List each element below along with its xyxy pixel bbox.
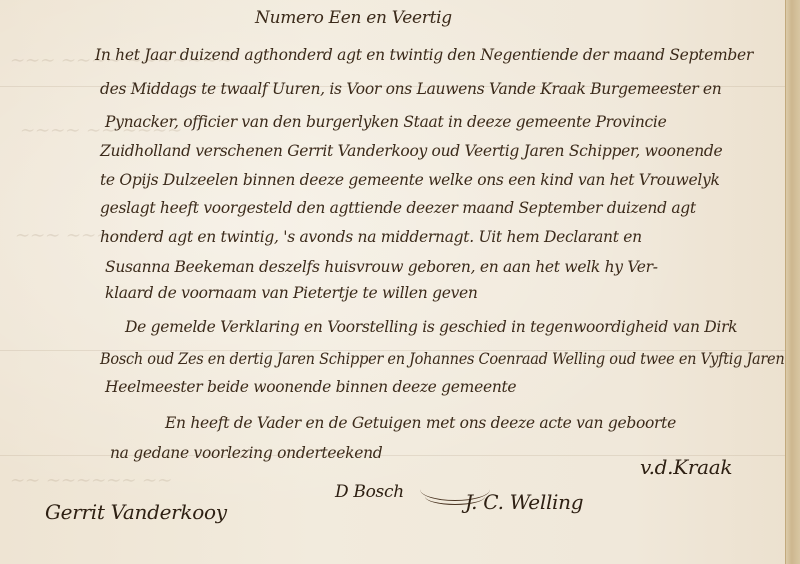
record-line: te Opijs Dulzeelen binnen deeze gemeente… bbox=[100, 171, 720, 189]
closing-line: En heeft de Vader en de Getuigen met ons… bbox=[165, 414, 676, 432]
signature-witness-welling: J. C. Welling bbox=[465, 490, 583, 514]
witness-line: De gemelde Verklaring en Voorstelling is… bbox=[125, 318, 737, 336]
closing-line: na gedane voorlezing onderteekend bbox=[110, 444, 382, 462]
manuscript-page: ~~~ ~~~~ ~~~~~~~ ~~~~ ~~ ~~~~ ~~~ ~~~~~ … bbox=[0, 0, 786, 564]
record-line: Pynacker, officier van den burgerlyken S… bbox=[105, 113, 666, 131]
signature-official: v.d.Kraak bbox=[640, 455, 732, 479]
record-line: klaard de voornaam van Pietertje te will… bbox=[105, 284, 478, 302]
witness-line: Bosch oud Zes en dertig Jaren Schipper e… bbox=[100, 350, 784, 368]
record-line: honderd agt en twintig, 's avonds na mid… bbox=[100, 228, 642, 246]
witness-line: Heelmeester beide woonende binnen deeze … bbox=[105, 378, 516, 396]
signature-witness-bosch: D Bosch bbox=[335, 482, 404, 502]
record-line: Susanna Beekeman deszelfs huisvrouw gebo… bbox=[105, 258, 658, 276]
record-line: des Middags te twaalf Uuren, is Voor ons… bbox=[100, 80, 722, 98]
record-heading: Numero Een en Veertig bbox=[255, 8, 452, 28]
record-line: geslagt heeft voorgesteld den agttiende … bbox=[100, 199, 696, 217]
signature-father: Gerrit Vanderkooy bbox=[45, 500, 227, 524]
page-edge bbox=[785, 0, 800, 564]
record-line: Zuidholland verschenen Gerrit Vanderkooy… bbox=[100, 142, 722, 160]
bleed-through-text: ~~ ~~~~~~ ~~ bbox=[8, 470, 175, 491]
record-line: In het Jaar duizend agthonderd agt en tw… bbox=[95, 46, 753, 64]
